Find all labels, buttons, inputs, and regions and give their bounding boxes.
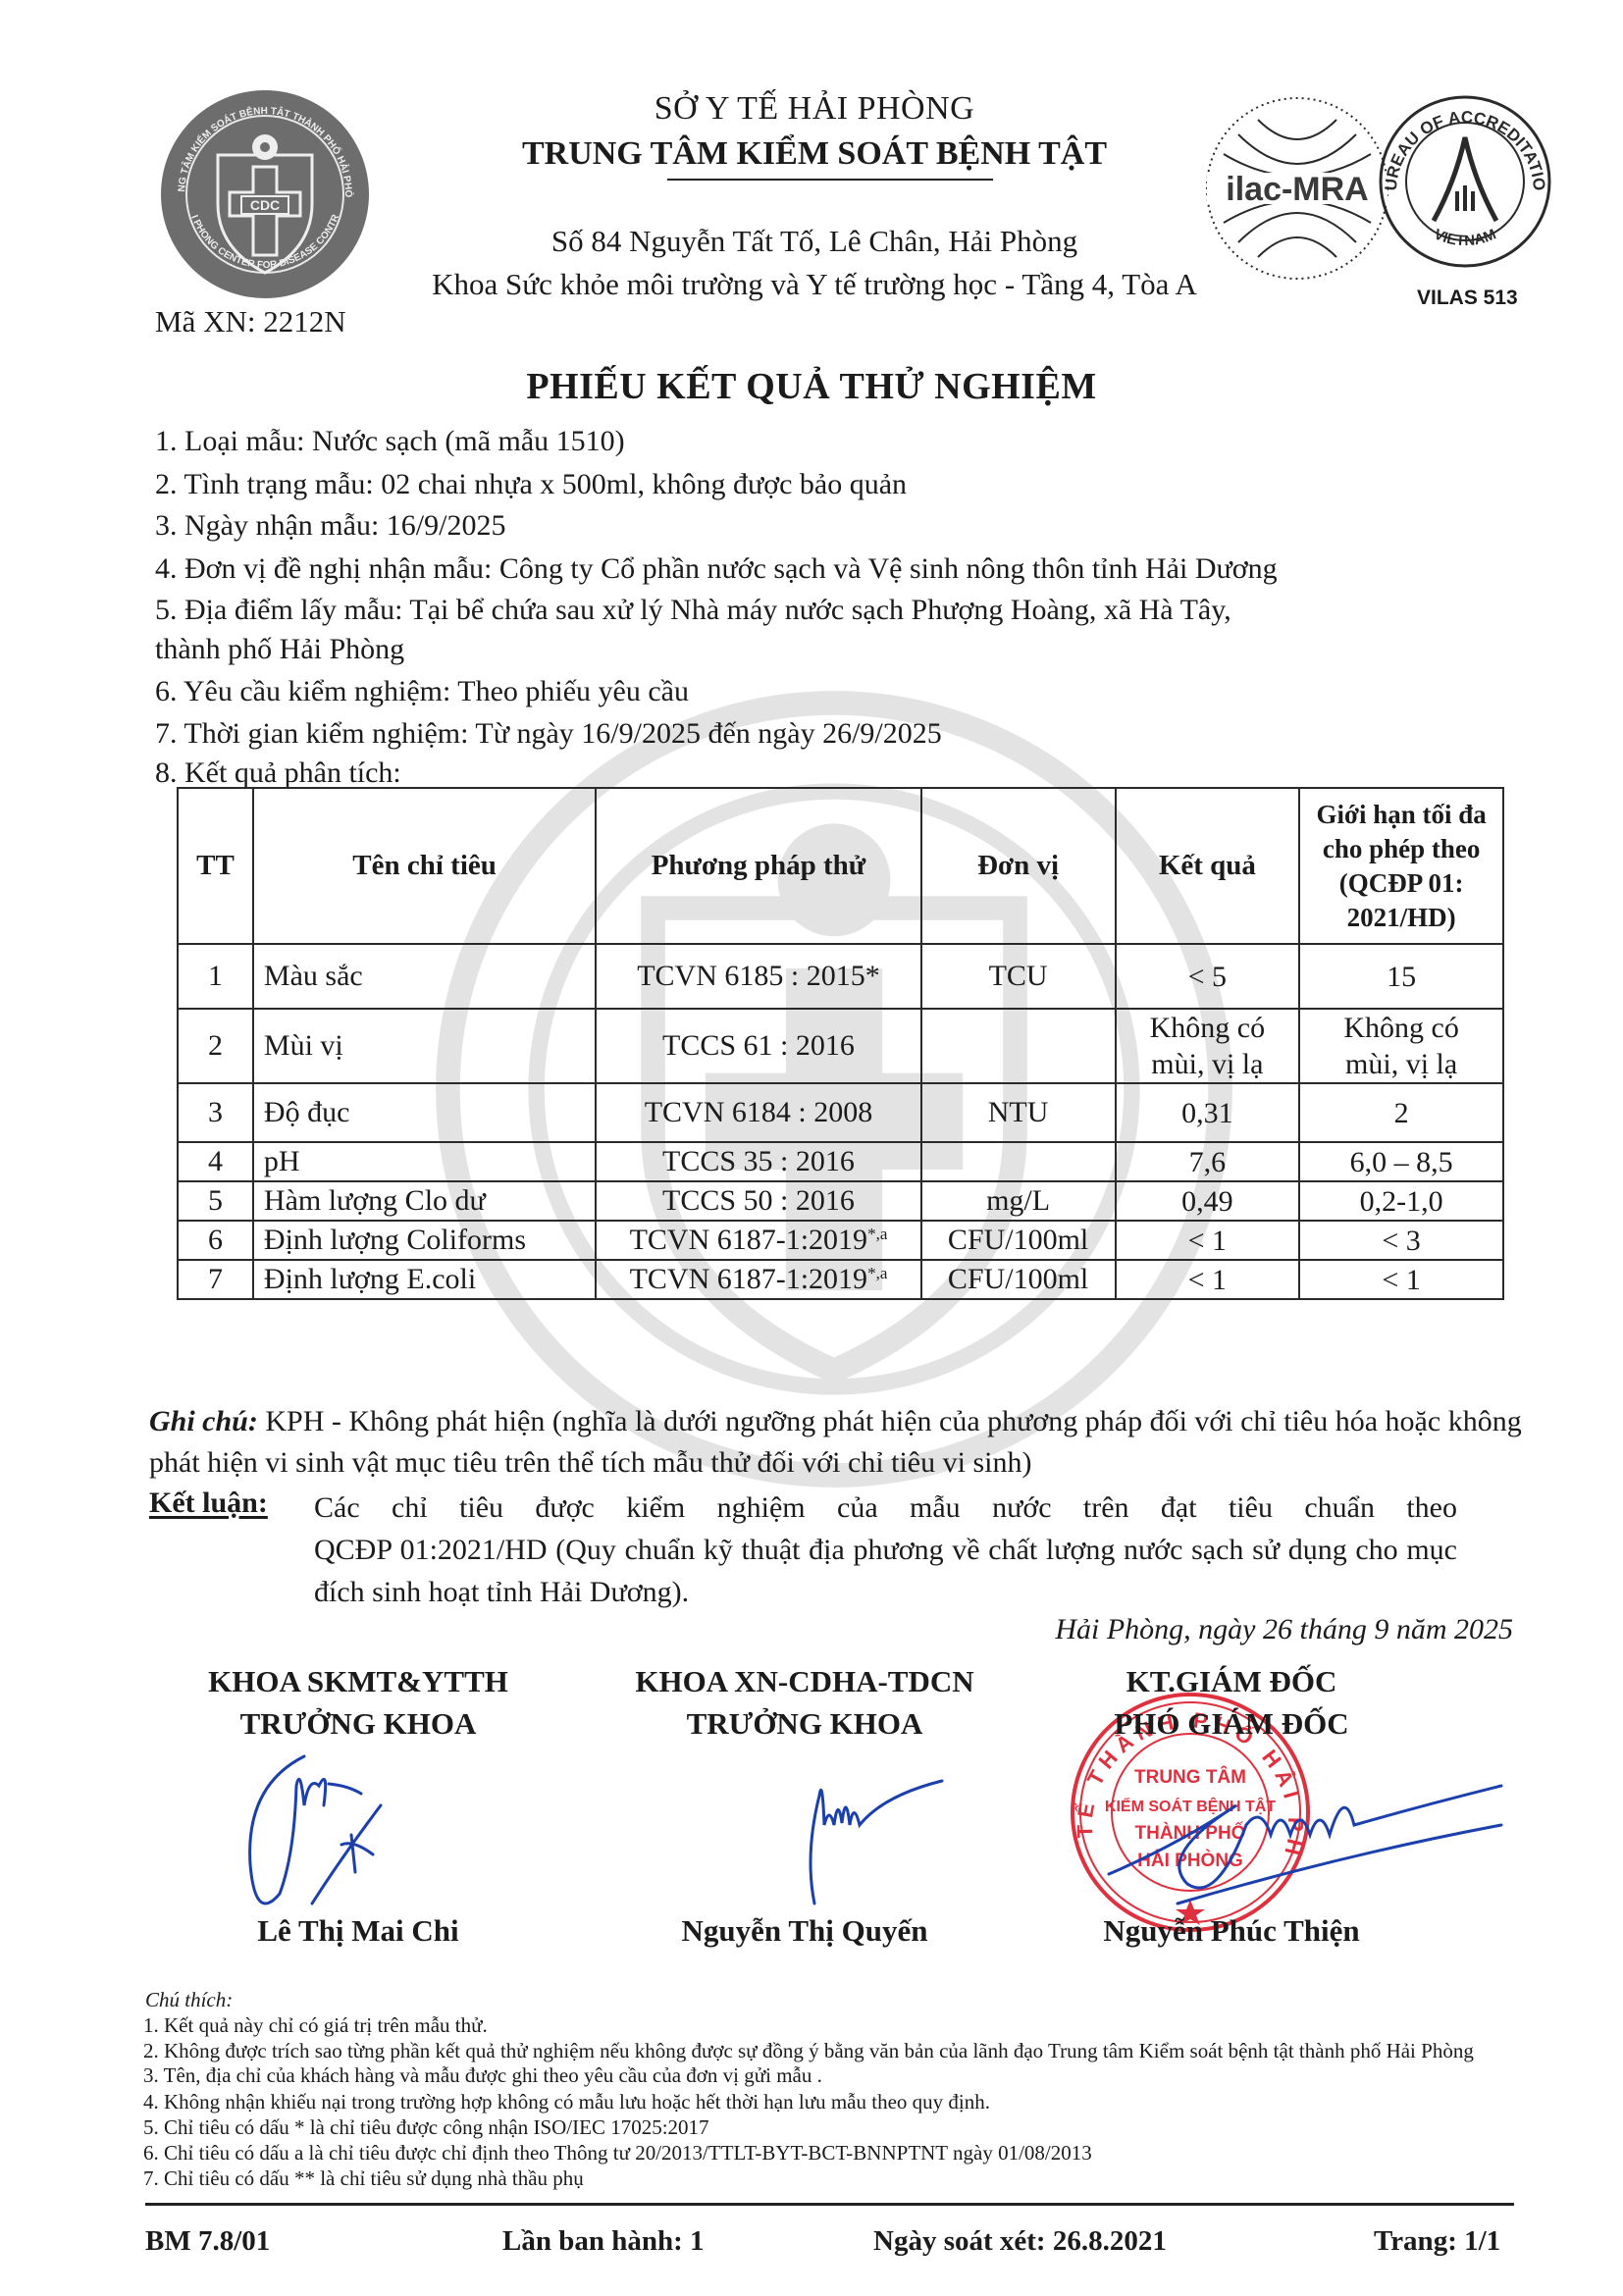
cell-result: 0,49 xyxy=(1116,1181,1300,1221)
note: Ghi chú: KPH - Không phát hiện (nghĩa là… xyxy=(149,1401,1523,1484)
cell-limit: 6,0 – 8,5 xyxy=(1299,1142,1503,1181)
cell-method: TCVN 6187-1:2019*,a xyxy=(596,1260,920,1299)
note-label: Ghi chú: xyxy=(149,1405,258,1437)
results-table: TT Tên chỉ tiêu Phương pháp thử Đơn vị K… xyxy=(177,787,1504,1300)
cell-limit: 15 xyxy=(1299,944,1503,1009)
cell-name: Định lượng E.coli xyxy=(253,1260,596,1299)
table-row: 5Hàm lượng Clo dưTCCS 50 : 2016mg/L0,490… xyxy=(178,1181,1503,1221)
cell-method: TCVN 6184 : 2008 xyxy=(596,1083,920,1142)
cdc-logo-icon: CDC TRUNG TÂM KIỂM SOÁT BỆNH TẬT THÀNH P… xyxy=(157,86,373,302)
conclusion-line-1: Các chỉ tiêu được kiểm nghiệm của mẫu nư… xyxy=(314,1487,1457,1529)
cell-unit: CFU/100ml xyxy=(921,1221,1116,1260)
footnote-item: 6. Chỉ tiêu có dấu a là chỉ tiêu được ch… xyxy=(143,2141,1092,2166)
cell-unit: NTU xyxy=(921,1083,1116,1142)
organization-address: Số 84 Nguyễn Tất Tố, Lê Chân, Hải Phòng xyxy=(383,224,1246,259)
svg-text:CDC: CDC xyxy=(250,197,280,213)
footnotes-title: Chú thích: xyxy=(145,1988,233,2012)
signature-dept: KT.GIÁM ĐỐC xyxy=(1025,1660,1438,1702)
footnote-item: 3. Tên, địa chỉ của khách hàng và mẫu đư… xyxy=(143,2063,822,2088)
cell-result: 0,31 xyxy=(1116,1083,1300,1142)
signer-name: Nguyễn Phúc Thiện xyxy=(1025,1913,1438,1949)
col-header-result: Kết quả xyxy=(1116,788,1300,944)
signer-name: Lê Thị Mai Chi xyxy=(152,1913,564,1949)
test-code: Mã XN: 2212N xyxy=(155,304,346,339)
info-sampling-location-cont: thành phố Hải Phòng xyxy=(155,633,404,666)
cell-name: Định lượng Coliforms xyxy=(253,1221,596,1260)
cell-unit: CFU/100ml xyxy=(921,1260,1116,1299)
signature-role: TRƯỞNG KHOA xyxy=(152,1702,564,1745)
table-row: 4pHTCCS 35 : 20167,66,0 – 8,5 xyxy=(178,1142,1503,1181)
footnote-item: 1. Kết quả này chỉ có giá trị trên mẫu t… xyxy=(143,2013,488,2038)
footnote-item: 7. Chỉ tiêu có dấu ** là chỉ tiêu sử dụn… xyxy=(143,2166,584,2191)
table-row: 2Mùi vịTCCS 61 : 2016Không cómùi, vị lạK… xyxy=(178,1009,1503,1083)
conclusion-label: Kết luận: xyxy=(149,1487,268,1520)
info-sampling-location: 5. Địa điểm lấy mẫu: Tại bể chứa sau xử … xyxy=(155,594,1231,627)
table-row: 7Định lượng E.coliTCVN 6187-1:2019*,aCFU… xyxy=(178,1260,1503,1299)
signing-date: Hải Phòng, ngày 26 tháng 9 năm 2025 xyxy=(1055,1613,1513,1646)
department-name: SỞ Y TẾ HẢI PHÒNG xyxy=(383,90,1246,128)
signer-name: Nguyễn Thị Quyến xyxy=(599,1913,1011,1949)
cell-unit: TCU xyxy=(921,944,1116,1009)
header-underline xyxy=(667,179,993,181)
signature-dept: KHOA SKMT&YTTH xyxy=(152,1660,564,1702)
svg-text:ilac-MRA: ilac-MRA xyxy=(1226,171,1368,208)
cell-tt: 6 xyxy=(178,1221,253,1260)
col-header-tt: TT xyxy=(178,788,253,944)
cell-limit: < 3 xyxy=(1299,1221,1503,1260)
footnote-item: 5. Chỉ tiêu có dấu * là chỉ tiêu được cô… xyxy=(143,2115,709,2140)
issue-number: Lần ban hành: 1 xyxy=(502,2225,705,2258)
cell-result: 7,6 xyxy=(1116,1142,1300,1181)
handwritten-signature-icon xyxy=(775,1766,962,1913)
cell-tt: 3 xyxy=(178,1083,253,1142)
cell-unit: mg/L xyxy=(921,1181,1116,1221)
footnote-item: 4. Không nhận khiếu nại trong trường hợp… xyxy=(143,2090,990,2114)
conclusion-rest: QCĐP 01:2021/HD (Quy chuẩn kỹ thuật địa … xyxy=(314,1534,1457,1608)
handwritten-signature-icon xyxy=(236,1747,491,1933)
cell-method: TCCS 35 : 2016 xyxy=(596,1142,920,1181)
col-header-unit: Đơn vị xyxy=(921,788,1116,944)
handwritten-signature-icon xyxy=(1099,1766,1511,1913)
signature-role: TRƯỞNG KHOA xyxy=(599,1702,1011,1745)
info-sample-condition: 2. Tình trạng mẫu: 02 chai nhựa x 500ml,… xyxy=(155,468,907,501)
form-code: BM 7.8/01 xyxy=(145,2225,270,2258)
limit-header-line: Giới hạn tối đa xyxy=(1316,800,1486,829)
footnote-item: 2. Không được trích sao từng phần kết qu… xyxy=(143,2039,1474,2063)
cell-method: TCVN 6185 : 2015* xyxy=(596,944,920,1009)
vilas-code: VILAS 513 xyxy=(1417,287,1518,310)
cell-tt: 2 xyxy=(178,1009,253,1083)
info-received-date: 3. Ngày nhận mẫu: 16/9/2025 xyxy=(155,509,505,543)
table-row: 1Màu sắcTCVN 6185 : 2015*TCU< 515 xyxy=(178,944,1503,1009)
footer-divider xyxy=(145,2203,1514,2206)
cell-tt: 7 xyxy=(178,1260,253,1299)
cell-name: Độ đục xyxy=(253,1083,596,1142)
info-results-heading: 8. Kết quả phân tích: xyxy=(155,757,401,790)
table-row: 6Định lượng ColiformsTCVN 6187-1:2019*,a… xyxy=(178,1221,1503,1260)
col-header-name: Tên chỉ tiêu xyxy=(253,788,596,944)
cell-tt: 1 xyxy=(178,944,253,1009)
cell-tt: 4 xyxy=(178,1142,253,1181)
info-test-request: 6. Yêu cầu kiểm nghiệm: Theo phiếu yêu c… xyxy=(155,675,689,708)
table-header-row: TT Tên chỉ tiêu Phương pháp thử Đơn vị K… xyxy=(178,788,1503,944)
cell-result: < 1 xyxy=(1116,1260,1300,1299)
cell-limit: < 1 xyxy=(1299,1260,1503,1299)
cell-result: Không cómùi, vị lạ xyxy=(1116,1009,1300,1083)
ilac-mra-logo-icon: ilac-MRA xyxy=(1199,90,1395,287)
col-header-method: Phương pháp thử xyxy=(596,788,920,944)
svg-text:VIETNAM: VIETNAM xyxy=(1432,226,1498,249)
col-header-limit: Giới hạn tối đa cho phép theo (QCĐP 01: … xyxy=(1299,788,1503,944)
review-date: Ngày soát xét: 26.8.2021 xyxy=(873,2225,1167,2258)
cell-method: TCVN 6187-1:2019*,a xyxy=(596,1221,920,1260)
signature-role: PHÓ GIÁM ĐỐC xyxy=(1025,1702,1438,1745)
document-title: PHIẾU KẾT QUẢ THỬ NGHIỆM xyxy=(0,365,1623,408)
conclusion-text: Các chỉ tiêu được kiểm nghiệm của mẫu nư… xyxy=(314,1487,1457,1613)
limit-header-line: 2021/HD) xyxy=(1347,903,1456,932)
note-text: KPH - Không phát hiện (nghĩa là dưới ngư… xyxy=(149,1405,1522,1479)
info-test-period: 7. Thời gian kiểm nghiệm: Từ ngày 16/9/2… xyxy=(155,717,942,751)
cell-limit: 0,2-1,0 xyxy=(1299,1181,1503,1221)
table-row: 3Độ đụcTCVN 6184 : 2008NTU0,312 xyxy=(178,1083,1503,1142)
cell-limit: 2 xyxy=(1299,1083,1503,1142)
cell-result: < 1 xyxy=(1116,1221,1300,1260)
bureau-of-accreditation-logo-icon: BUREAU OF ACCREDITATION VIETNAM xyxy=(1377,93,1553,270)
cell-name: Mùi vị xyxy=(253,1009,596,1083)
cell-result: < 5 xyxy=(1116,944,1300,1009)
info-requesting-unit: 4. Đơn vị đề nghị nhận mẫu: Công ty Cổ p… xyxy=(155,552,1278,586)
info-sample-type: 1. Loại mẫu: Nước sạch (mã mẫu 1510) xyxy=(155,425,625,458)
cell-unit xyxy=(921,1009,1116,1083)
cell-name: Hàm lượng Clo dư xyxy=(253,1181,596,1221)
cell-limit: Không cómùi, vị lạ xyxy=(1299,1009,1503,1083)
cell-unit xyxy=(921,1142,1116,1181)
cell-name: pH xyxy=(253,1142,596,1181)
department-unit: Khoa Sức khỏe môi trường và Y tế trường … xyxy=(383,267,1246,302)
signature-block-lab: KHOA XN-CDHA-TDCN TRƯỞNG KHOA xyxy=(599,1660,1011,1745)
cell-name: Màu sắc xyxy=(253,944,596,1009)
page-number: Trang: 1/1 xyxy=(1374,2225,1500,2258)
signature-dept: KHOA XN-CDHA-TDCN xyxy=(599,1660,1011,1702)
cell-method: TCCS 61 : 2016 xyxy=(596,1009,920,1083)
cell-method: TCCS 50 : 2016 xyxy=(596,1181,920,1221)
organization-name: TRUNG TÂM KIỂM SOÁT BỆNH TẬT xyxy=(383,135,1246,173)
limit-header-line: (QCĐP 01: xyxy=(1339,868,1464,898)
signature-block-director: KT.GIÁM ĐỐC PHÓ GIÁM ĐỐC xyxy=(1025,1660,1438,1745)
limit-header-line: cho phép theo xyxy=(1323,834,1481,863)
signature-block-environment-health: KHOA SKMT&YTTH TRƯỞNG KHOA xyxy=(152,1660,564,1745)
cell-tt: 5 xyxy=(178,1181,253,1221)
